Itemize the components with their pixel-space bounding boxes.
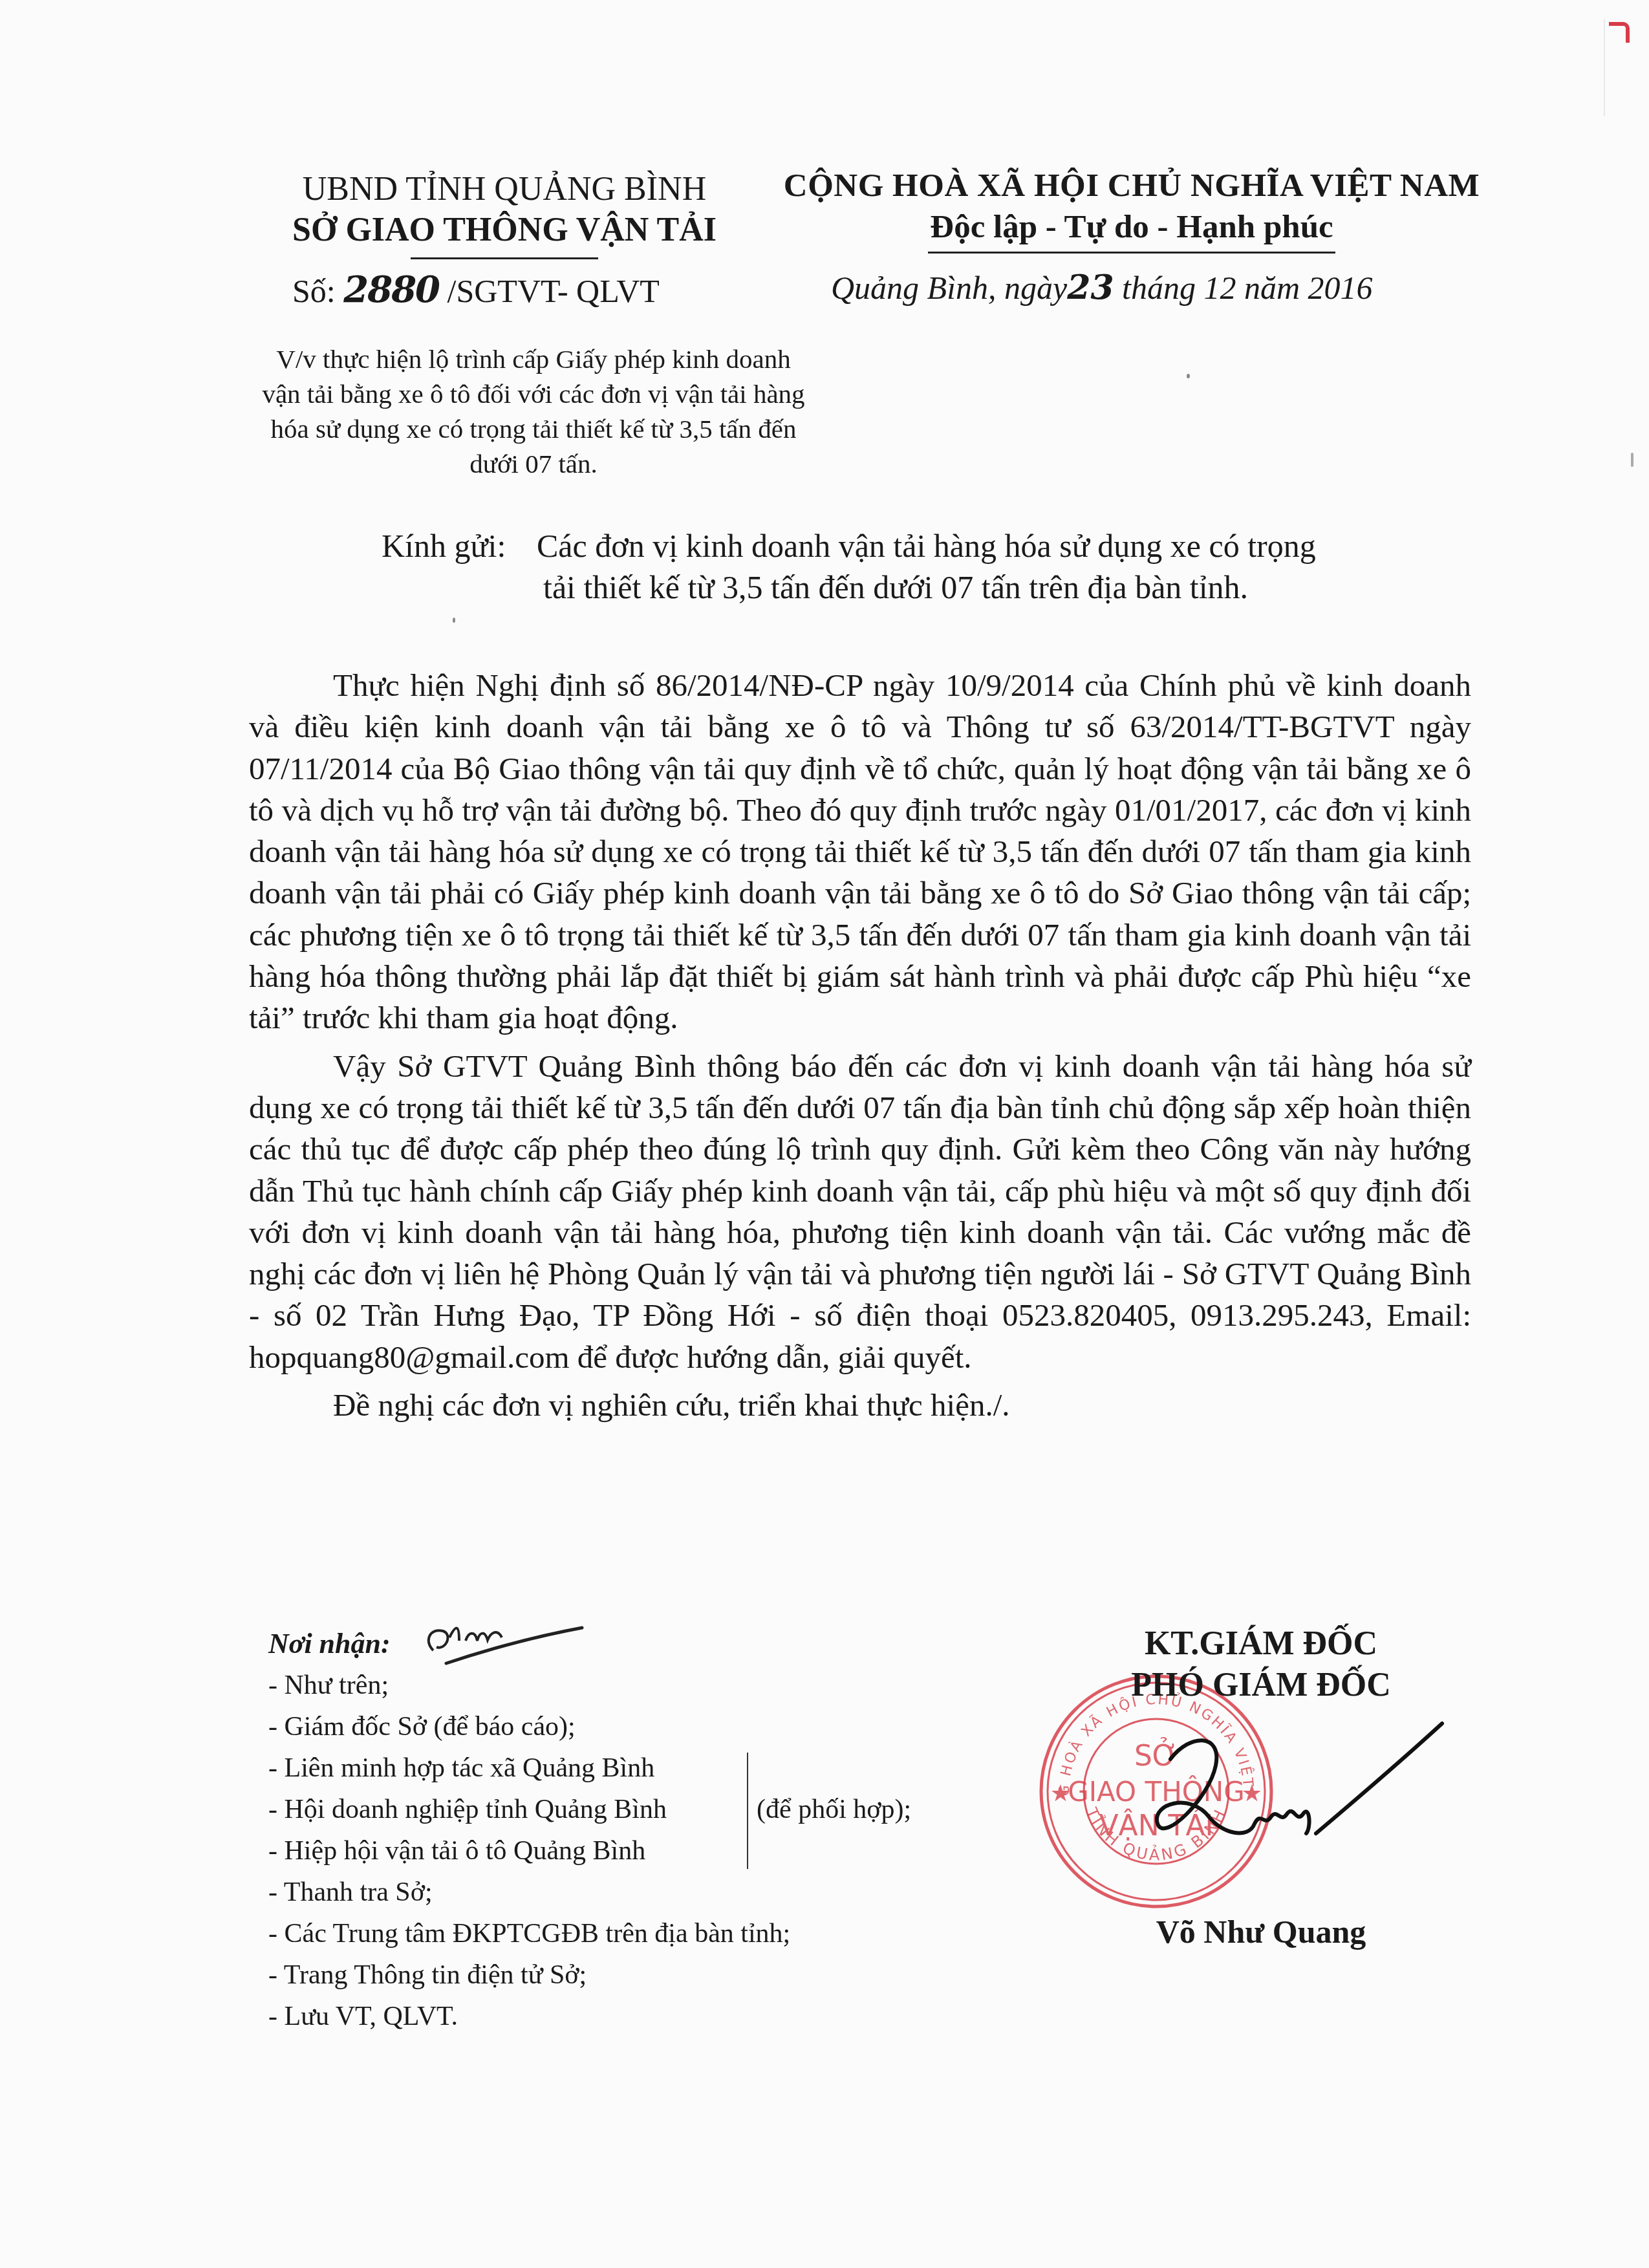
national-title: CỘNG HOÀ XÃ HỘI CHỦ NGHĨA VIỆT NAM: [757, 165, 1507, 206]
body-paragraph-1: Thực hiện Nghị định số 86/2014/NĐ-CP ngà…: [249, 665, 1471, 1039]
recipient-item: - Thanh tra Sở;: [268, 1872, 980, 1913]
letter-body: Thực hiện Nghị định số 86/2014/NĐ-CP ngà…: [249, 665, 1471, 1432]
signer-name: Võ Như Quang: [1073, 1913, 1449, 1950]
national-title-block: CỘNG HOÀ XÃ HỘI CHỦ NGHĨA VIỆT NAM Độc l…: [757, 165, 1507, 254]
handwritten-signature: [1151, 1720, 1449, 1875]
place-date-suffix: tháng 12 năm 2016: [1114, 270, 1373, 306]
recipient-item: - Trang Thông tin điện tử Sở;: [268, 1954, 980, 1996]
recipient-item: - Giám đốc Sở (để báo cáo);: [268, 1706, 980, 1747]
motto-underline: [928, 252, 1335, 254]
handwritten-day: 23: [1067, 268, 1114, 307]
scan-speck: [453, 618, 455, 623]
svg-text:★: ★: [1050, 1780, 1071, 1807]
handwritten-document-number: 2880: [343, 268, 439, 311]
addressee-block: Kính gửi:Các đơn vị kinh doanh vận tải h…: [382, 525, 1481, 608]
national-motto: Độc lập - Tự do - Hạnh phúc: [757, 206, 1507, 248]
document-subject: V/v thực hiện lộ trình cấp Giấy phép kin…: [255, 341, 812, 481]
body-paragraph-2: Vậy Sở GTVT Quảng Bình thông báo đến các…: [249, 1046, 1471, 1378]
signer-title: PHÓ GIÁM ĐỐC: [1073, 1665, 1449, 1706]
recipient-item: - Các Trung tâm ĐKPTCGĐB trên địa bàn tỉ…: [268, 1913, 980, 1954]
recipient-item: - Hiệp hội vận tải ô tô Quảng Bình: [268, 1830, 980, 1872]
recipient-item: - Lưu VT, QLVT.: [268, 1996, 980, 2037]
recipient-item: - Như trên;: [268, 1665, 980, 1706]
addressee-line-2: tải thiết kế từ 3,5 tấn đến dưới 07 tấn …: [382, 567, 1481, 608]
document-number-suffix: /SGTVT- QLVT: [447, 273, 660, 309]
recipients-title: Nơi nhận:: [268, 1623, 980, 1665]
signer-authority: KT.GIÁM ĐỐC: [1073, 1623, 1449, 1665]
body-paragraph-3: Đề nghị các đơn vị nghiên cứu, triển kha…: [249, 1385, 1471, 1426]
scan-speck: [1187, 374, 1190, 378]
addressee-label: Kính gửi:: [382, 525, 537, 567]
corner-mark-red: [1609, 22, 1630, 43]
document-number: Số: 2880 /SGTVT- QLVT: [292, 270, 660, 310]
issuing-authority-block: UBND TỈNH QUẢNG BÌNH SỞ GIAO THÔNG VẬN T…: [259, 169, 750, 259]
document-number-prefix: Số:: [292, 273, 336, 309]
recipient-item: - Liên minh hợp tác xã Quảng Bình: [268, 1747, 980, 1789]
department-name: SỞ GIAO THÔNG VẬN TẢI: [259, 210, 750, 251]
scan-edge-line: [1604, 19, 1605, 116]
place-date-prefix: Quảng Bình, ngày: [831, 270, 1067, 306]
scan-speck: [1631, 453, 1633, 467]
bracket-line: [747, 1753, 748, 1869]
handwritten-initials: [420, 1612, 588, 1670]
place-and-date: Quảng Bình, ngày23 tháng 12 năm 2016: [831, 268, 1373, 307]
recipients-block: Nơi nhận: - Như trên; - Giám đốc Sở (để …: [268, 1623, 980, 2037]
addressee-line-1: Các đơn vị kinh doanh vận tải hàng hóa s…: [537, 528, 1316, 564]
department-underline: [411, 257, 598, 259]
provincial-authority: UBND TỈNH QUẢNG BÌNH: [259, 169, 750, 210]
coordination-recipients: - Liên minh hợp tác xã Quảng Bình - Hội …: [268, 1747, 980, 1872]
coordination-note: (để phối hợp);: [757, 1789, 911, 1830]
